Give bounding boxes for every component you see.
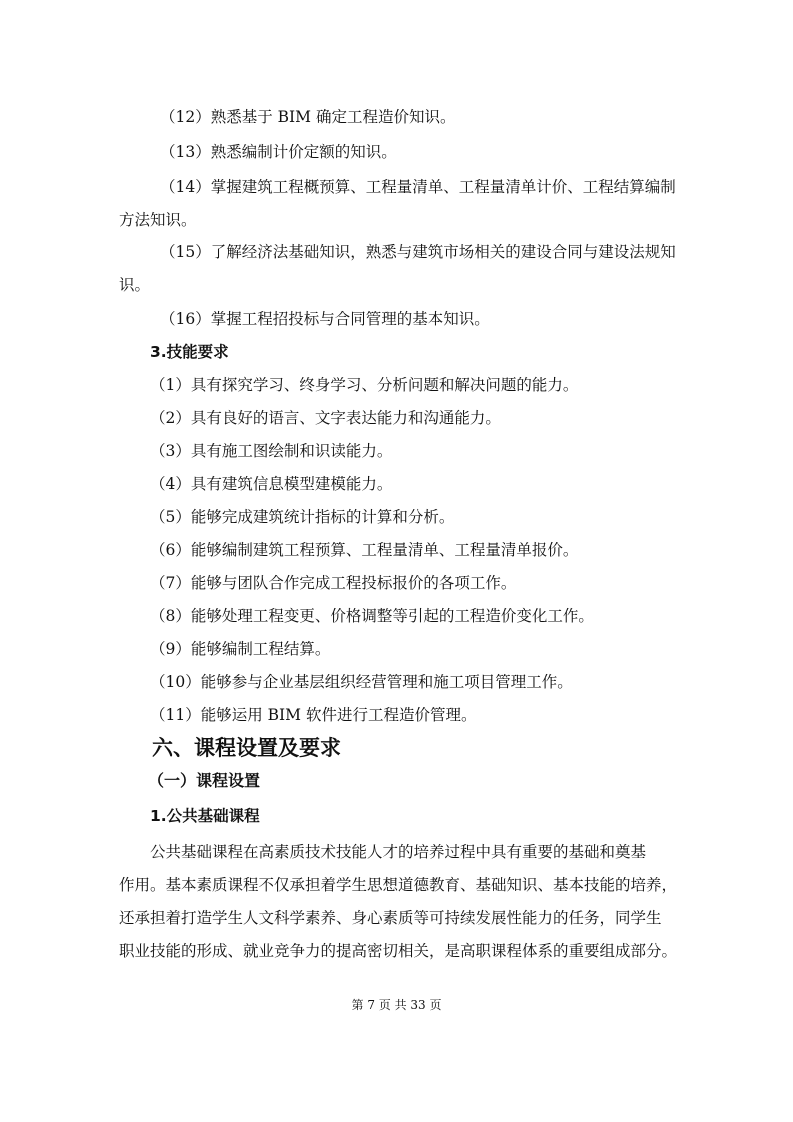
skill-item-8: （8）能够处理工程变更、价格调整等引起的工程造价变化工作。 — [150, 606, 594, 626]
item-text: 能够编制工程结算。 — [191, 640, 331, 658]
item-number: （9） — [150, 640, 191, 658]
skills-heading: 3.技能要求 — [150, 342, 229, 362]
skill-item-3: （3）具有施工图绘制和识读能力。 — [150, 441, 392, 461]
item-text: 能够完成建筑统计指标的计算和分析。 — [191, 508, 455, 526]
item-text: 具有探究学习、终身学习、分析问题和解决问题的能力。 — [191, 376, 579, 394]
item-text: 具有施工图绘制和识读能力。 — [191, 442, 393, 460]
skill-item-9: （9）能够编制工程结算。 — [150, 639, 330, 659]
item-number: （4） — [150, 475, 191, 493]
item-text: 能够与团队合作完成工程投标报价的各项工作。 — [191, 574, 517, 592]
item-text: 能够编制建筑工程预算、工程量清单、工程量清单报价。 — [191, 541, 579, 559]
skill-item-4: （4）具有建筑信息模型建模能力。 — [150, 474, 392, 494]
skill-item-7: （7）能够与团队合作完成工程投标报价的各项工作。 — [150, 573, 516, 593]
knowledge-item-16: （16）掌握工程招投标与合同管理的基本知识。 — [160, 309, 490, 329]
item-number: （11） — [150, 706, 201, 724]
subsubsection-title: 1.公共基础课程 — [150, 806, 260, 826]
paragraph-line-1: 公共基础课程在高素质技术技能人才的培养过程中具有重要的基础和奠基 — [150, 842, 646, 862]
item-text: 能够运用 BIM 软件进行工程造价管理。 — [201, 706, 477, 724]
paragraph-line-4: 职业技能的形成、就业竞争力的提高密切相关，是高职课程体系的重要组成部分。 — [119, 941, 677, 961]
item-text: 熟悉编制计价定额的知识。 — [211, 143, 397, 161]
item-text: 具有建筑信息模型建模能力。 — [191, 475, 393, 493]
paragraph-line-2: 作用。基本素质课程不仅承担着学生思想道德教育、基础知识、基本技能的培养， — [119, 875, 677, 895]
item-text: 能够参与企业基层组织经营管理和施工项目管理工作。 — [201, 673, 573, 691]
knowledge-item-13: （13）熟悉编制计价定额的知识。 — [160, 142, 397, 162]
item-number: （8） — [150, 607, 191, 625]
skill-item-10: （10）能够参与企业基层组织经营管理和施工项目管理工作。 — [150, 672, 573, 692]
item-number: （6） — [150, 541, 191, 559]
item-text: 具有良好的语言、文字表达能力和沟通能力。 — [191, 409, 501, 427]
item-number: （13） — [160, 143, 211, 161]
skill-item-5: （5）能够完成建筑统计指标的计算和分析。 — [150, 507, 454, 527]
skill-item-6: （6）能够编制建筑工程预算、工程量清单、工程量清单报价。 — [150, 540, 578, 560]
item-number: （10） — [150, 673, 201, 691]
item-number: （7） — [150, 574, 191, 592]
knowledge-item-14-cont: 方法知识。 — [119, 210, 197, 230]
skill-item-11: （11）能够运用 BIM 软件进行工程造价管理。 — [150, 705, 476, 725]
paragraph-line-3: 还承担着打造学生人文科学素养、身心素质等可持续发展性能力的任务，同学生 — [119, 908, 662, 928]
item-number: （16） — [160, 310, 211, 328]
item-number: （1） — [150, 376, 191, 394]
item-number: （3） — [150, 442, 191, 460]
knowledge-item-12: （12）熟悉基于 BIM 确定工程造价知识。 — [160, 107, 455, 127]
item-text: 掌握建筑工程概预算、工程量清单、工程量清单计价、工程结算编制 — [211, 178, 676, 196]
subsection-title: （一）课程设置 — [148, 771, 260, 791]
section-title: 六、课程设置及要求 — [152, 735, 341, 761]
item-number: （2） — [150, 409, 191, 427]
skill-item-2: （2）具有良好的语言、文字表达能力和沟通能力。 — [150, 408, 501, 428]
item-number: （5） — [150, 508, 191, 526]
item-text: 熟悉基于 BIM 确定工程造价知识。 — [211, 108, 456, 126]
item-text: 了解经济法基础知识，熟悉与建筑市场相关的建设合同与建设法规知 — [211, 243, 676, 261]
item-text: 掌握工程招投标与合同管理的基本知识。 — [211, 310, 490, 328]
knowledge-item-15-cont: 识。 — [119, 275, 150, 295]
knowledge-item-14: （14）掌握建筑工程概预算、工程量清单、工程量清单计价、工程结算编制 — [160, 177, 676, 197]
item-number: （15） — [160, 243, 211, 261]
item-text: 能够处理工程变更、价格调整等引起的工程造价变化工作。 — [191, 607, 594, 625]
item-number: （12） — [160, 108, 211, 126]
page-footer: 第 7 页 共 33 页 — [0, 996, 793, 1013]
skill-item-1: （1）具有探究学习、终身学习、分析问题和解决问题的能力。 — [150, 375, 578, 395]
knowledge-item-15: （15）了解经济法基础知识，熟悉与建筑市场相关的建设合同与建设法规知 — [160, 242, 676, 262]
item-number: （14） — [160, 178, 211, 196]
